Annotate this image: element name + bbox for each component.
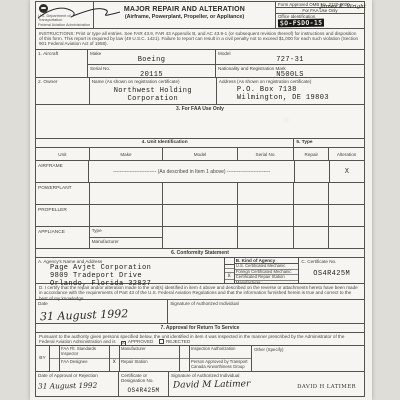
col-alteration: Alteration [329,148,364,160]
by-col2-marks: X [110,346,120,371]
kind-of-agency-cell: B. Kind of Agency U.S. Certificated Mech… [235,258,300,283]
row-airframe: AIRFRAME -------------------------- (As … [36,160,364,182]
agency-name-address-cell: A. Agency's Name and Address Page Avjet … [36,258,225,283]
approval-signer-printed-name: DAVID H LATIMER [297,384,356,390]
conformity-abc-row: A. Agency's Name and Address Page Avjet … [36,257,364,283]
owner-name-value: Northwest Holding Corporation [90,87,216,103]
return-statement: Pursuant to the authority given persons … [36,332,364,345]
by-col1-marks [50,346,60,371]
repair-station-mark: X [225,273,234,280]
conformity-signature-row: Date 31 August 1992 Signature of Authori… [36,299,364,323]
faa-use-section-bar: 3. For FAA Use Only [36,104,364,113]
airframe-alteration-mark: X [330,161,364,182]
by-col1-labels: FAA Flt. Standards Inspector FAA Designe… [60,346,110,371]
row-appliance: APPLIANCE Type Manufacturer [36,226,364,248]
faa-use-empty-area [36,113,364,138]
col-repair: Repair [294,148,329,160]
owner-address-line1: P.O. Box 7138 [237,86,364,94]
aircraft-model-value: 727-31 [216,56,364,64]
rejected-checkbox [159,339,164,344]
conformity-date-handwritten: 31 August 1992 [40,306,168,323]
by-col2-labels: Manufacturer Repair Station [120,346,180,371]
airframe-repair-mark [295,161,329,182]
agency-address2: Orlando, Florida 32827 [50,280,224,288]
col-make: Make [90,148,164,160]
conformity-signer-name: James K. Wright [320,4,366,10]
approval-date-handwritten: 31 August 1992 [38,381,118,391]
airframe-described-above: -------------------------- (As described… [89,161,295,182]
unit-table-column-headers: Unit Make Model Serial No. Repair Altera… [36,147,364,160]
repair-station-approval-mark: X [110,359,119,371]
approval-signature-row: Date of Approval or Rejection 31 August … [36,371,364,396]
owner-address-cell: Address (As shown on registration certif… [217,78,364,104]
certificate-no-value: OS4R425M [299,270,364,278]
form-border: U.S. Department of Transportation Federa… [35,1,365,397]
return-to-service-bar: 7. Approval for Return To Service [36,323,364,332]
agency-name-line2: Federal Aviation Administration [38,23,91,27]
col-model: Model [163,148,238,160]
aircraft-make-cell: Make Boeing [88,50,216,64]
appliance-type-manufacturer: Type Manufacturer [90,227,164,248]
unit-identification-header: 4. Unit Identification 5. Type [36,138,364,147]
aircraft-serial-cell: Serial No. 20115 [88,65,216,78]
aircraft-model-cell: Model 727-31 [216,50,364,64]
conformity-section-bar: 6. Conformity Statement [36,248,364,257]
by-col3-marks [180,346,190,371]
kind-of-agency-marks: X [225,258,235,283]
office-identification: Office Identification SO-FSDO-15 [276,14,364,27]
aircraft-section-label: 1. Aircraft [36,50,88,77]
col-unit: Unit [36,148,90,160]
unit-identification-label: 4. Unit Identification [36,139,294,147]
aircraft-registration-cell: Nationality and Registration Mark N500LS [216,65,364,78]
conformity-signature-cell: Signature of Authorized Individual James… [168,300,364,323]
designation-no-cell: Certificate or Designation No. OS4R425M [119,372,169,396]
rejected-label: REJECTED [166,339,190,344]
owner-name-cell: Name (As shown on registration certifica… [90,78,217,104]
scanned-faa-form: U.S. Department of Transportation Federa… [30,0,372,400]
type-section-label: 5. Type [294,139,364,147]
by-label: BY [36,346,50,371]
authorized-signature-icon [34,5,124,21]
approval-signature-script: David M Latimer [173,379,250,390]
row-propeller: PROPELLER [36,204,364,226]
col-serial: Serial No. [238,148,295,160]
approval-date-cell: Date of Approval or Rejection 31 August … [36,372,119,396]
section-aircraft: 1. Aircraft Make Boeing Model 727-31 Ser… [36,49,364,77]
designation-no-value: OS4R425M [119,387,168,394]
row-powerplant: POWERPLANT [36,182,364,204]
section-owner: 2. Owner Name (As shown on registration … [36,77,364,104]
approval-signature-cell: Signature of Authorized Individual David… [169,372,364,396]
certificate-no-cell: C. Certificate No. OS4R425M [299,258,364,283]
agency-name: Page Avjet Corporation [50,264,224,272]
approved-by-table: BY FAA Flt. Standards Inspector FAA Desi… [36,345,364,371]
instructions-text: INSTRUCTIONS: Print or type all entries.… [36,28,364,49]
conformity-date-cell: Date 31 August 1992 [36,300,168,323]
owner-address-line2: Wilmington, DE 19803 [237,94,364,102]
approved-label: APPROVED [128,339,154,344]
by-col3-labels: Inspection Authorization Person Approved… [190,346,252,371]
owner-section-label: 2. Owner [36,78,90,104]
agency-address1: 9809 Tradeport Drive [50,272,224,280]
other-specify-cell: Other (Specify) [252,346,364,371]
aircraft-make-value: Boeing [88,56,215,64]
office-id-stamp: SO-FSDO-15 [278,19,325,28]
